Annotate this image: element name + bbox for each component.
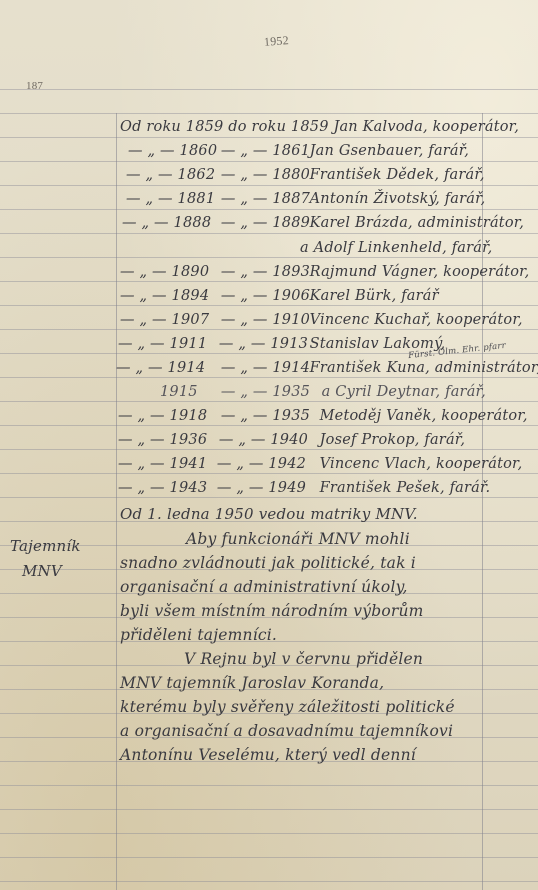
ruled-line — [0, 449, 538, 450]
paragraph-line: kterému byly svěřeny záležitosti politic… — [120, 698, 455, 716]
clergy-row: — „ — 1941 — „ — 1942 Vincenc Vlach, koo… — [118, 456, 522, 472]
to-year: — „ — 1940 — [219, 432, 315, 448]
from-year: — „ — 1881 — [126, 191, 216, 207]
to-year: — „ — 1910 — [221, 312, 305, 328]
to-year: do roku 1859 — [228, 119, 328, 135]
clergy-name: František Pešek, farář. — [320, 480, 491, 496]
clergy-name: Rajmund Vágner, kooperátor, — [310, 264, 530, 280]
clergy-name: Josef Prokop, farář, — [320, 432, 466, 448]
from-year: — „ — 1936 — [118, 432, 214, 448]
clergy-row: — „ — 1943 — „ — 1949 František Pešek, f… — [118, 480, 490, 496]
ruled-line — [0, 785, 538, 786]
ruled-line — [0, 209, 538, 210]
from-year: — „ — 1943 — [118, 480, 212, 496]
margin-heading-line1: Tajemník — [10, 537, 81, 555]
paragraph-line: MNV tajemník Jaroslav Koranda, — [120, 674, 384, 692]
clergy-name: Vincenc Kuchař, kooperátor, — [310, 312, 523, 328]
clergy-name: Jan Kalvoda, kooperátor, — [333, 119, 519, 135]
to-year: — „ — 1935 — [221, 408, 315, 424]
clergy-name: František Dědek, farář, — [310, 167, 485, 183]
ruled-line — [0, 161, 538, 162]
from-year: — „ — 1914 — [116, 360, 216, 376]
clergy-row: — „ — 1911 — „ — 1913 Stanislav Lakomý, — [118, 336, 445, 352]
clergy-row: — „ — 1860 — „ — 1861 Jan Gsenbauer, far… — [128, 143, 469, 159]
clergy-name: a Cyril Deytnar, farář, — [322, 384, 486, 400]
clergy-row: — „ — 1907 — „ — 1910 Vincenc Kuchař, ko… — [120, 312, 523, 328]
paragraph-line: byli všem místním národním výborům — [120, 602, 424, 620]
ruled-line — [0, 473, 538, 474]
clergy-row: — „ — 1881 — „ — 1887 Antonín Životský, … — [126, 191, 485, 207]
ruled-line — [0, 281, 538, 282]
clergy-row: a Adolf Linkenheld, farář, — [300, 240, 492, 256]
from-year: — „ — 1888 — [122, 215, 216, 231]
margin-heading-line2: MNV — [22, 562, 62, 580]
ruled-line — [0, 809, 538, 810]
to-year: — „ — 1889 — [221, 215, 305, 231]
to-year: — „ — 1906 — [221, 288, 305, 304]
ruled-line — [0, 425, 538, 426]
ruled-line — [0, 137, 538, 138]
clergy-name: Vincenc Vlach, kooperátor, — [320, 456, 523, 472]
clergy-row: — „ — 1936 — „ — 1940 Josef Prokop, fará… — [118, 432, 465, 448]
document-page: 1952 187 Od roku 1859 do roku 1859 Jan K… — [0, 0, 538, 890]
from-year: — „ — 1894 — [120, 288, 216, 304]
year-mark: 1952 — [264, 33, 290, 50]
from-year: — „ — 1918 — [118, 408, 216, 424]
to-year: — „ — 1861 — [221, 143, 305, 159]
clergy-name: Karel Bürk, farář — [310, 288, 439, 304]
clergy-name: Jan Gsenbauer, farář, — [310, 143, 470, 159]
to-year: — „ — 1914 — [221, 360, 305, 376]
ruled-line — [0, 305, 538, 306]
from-year: — „ — 1860 — [128, 143, 216, 159]
clergy-name: Karel Brázda, administrátor, — [310, 215, 525, 231]
paragraph-line: V Rejnu byl v červnu přidělen — [184, 650, 423, 668]
from-year: — „ — 1862 — [126, 167, 216, 183]
ruled-line — [0, 185, 538, 186]
clergy-row: — „ — 1888 — „ — 1889 Karel Brázda, admi… — [122, 215, 524, 231]
clergy-name: František Kuna, administrátor, — [310, 360, 538, 376]
paragraph-line: a organisační a dosavadnímu tajemníkovi — [120, 722, 453, 740]
clergy-row: — „ — 1894 — „ — 1906 Karel Bürk, farář — [120, 288, 439, 304]
ruled-line — [0, 401, 538, 402]
ruled-line — [0, 377, 538, 378]
left-margin-rule — [116, 113, 117, 890]
from-year: Od roku 1859 — [120, 119, 223, 135]
ruled-line — [0, 833, 538, 834]
clergy-row: — „ — 1918 — „ — 1935 Metoděj Vaněk, koo… — [118, 408, 528, 424]
paragraph-line: Antonínu Veselému, který vedl denní — [120, 746, 416, 764]
paragraph-line: Aby funkcionáři MNV mohli — [186, 530, 410, 548]
from-year: — „ — 1890 — [120, 264, 216, 280]
from-year: — „ — 1941 — [118, 456, 212, 472]
to-year: — „ — 1935 — [221, 384, 317, 400]
clergy-row: — „ — 1890 — „ — 1893 Rajmund Vágner, ko… — [120, 264, 529, 280]
from-year: — „ — 1911 — [118, 336, 214, 352]
records-note: Od 1. ledna 1950 vedou matriky MNV. — [120, 505, 418, 523]
ruled-line — [0, 233, 538, 234]
to-year: — „ — 1887 — [221, 191, 305, 207]
paragraph-line: organisační a administrativní úkoly, — [120, 578, 408, 596]
from-year: — „ — 1907 — [120, 312, 216, 328]
ruled-line — [0, 89, 538, 90]
clergy-row: — „ — 1862 — „ — 1880 František Dědek, f… — [126, 167, 485, 183]
paragraph-line: snadno zvládnouti jak politické, tak i — [120, 554, 416, 572]
to-year: — „ — 1913 — [219, 336, 305, 352]
ruled-line — [0, 497, 538, 498]
ruled-line — [0, 329, 538, 330]
page-number: 187 — [26, 80, 43, 92]
to-year: — „ — 1942 — [217, 456, 315, 472]
to-year: — „ — 1949 — [217, 480, 315, 496]
from-year: 1915 — [160, 384, 216, 400]
clergy-row: 1915 — „ — 1935 a Cyril Deytnar, farář, — [160, 384, 486, 400]
clergy-name: a Adolf Linkenheld, farář, — [300, 240, 492, 256]
to-year: — „ — 1880 — [221, 167, 305, 183]
ruled-line — [0, 881, 538, 882]
ruled-line — [0, 857, 538, 858]
clergy-row: Od roku 1859 do roku 1859 Jan Kalvoda, k… — [120, 119, 519, 135]
clergy-name: Antonín Životský, farář, — [310, 191, 486, 207]
ruled-line — [0, 113, 538, 114]
clergy-row: — „ — 1914 — „ — 1914 František Kuna, ad… — [116, 360, 538, 376]
to-year: — „ — 1893 — [221, 264, 305, 280]
clergy-name: Metoděj Vaněk, kooperátor, — [320, 408, 528, 424]
paragraph-line: přiděleni tajemníci. — [120, 626, 277, 644]
ruled-line — [0, 257, 538, 258]
